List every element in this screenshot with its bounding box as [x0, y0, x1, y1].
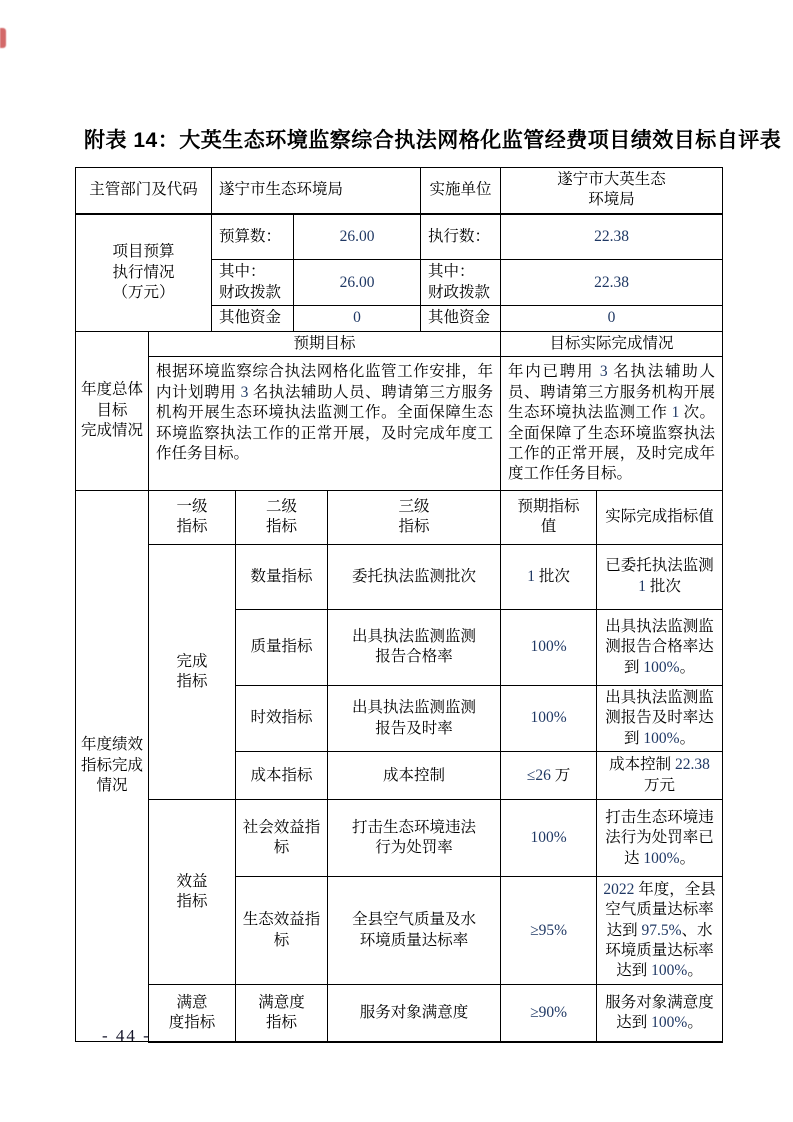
- indicator-level2: 成本指标: [236, 752, 328, 800]
- indicator-level2: 社会效益指 标: [236, 800, 328, 877]
- indicator-level3: 出具执法监测监测 报告合格率: [328, 609, 501, 685]
- expected-goal-text: 根据环境监察综合执法网格化监管工作安排，年内计划聘用 3 名执法辅助人员、聘请第…: [149, 357, 501, 491]
- indicator-actual: 成本控制 22.38 万元: [597, 752, 723, 800]
- dept-code-value: 遂宁市生态环境局: [212, 168, 421, 214]
- annual-goal-section-label: 年度总体 目标 完成情况: [76, 331, 149, 490]
- indicator-level2: 质量指标: [236, 609, 328, 685]
- indicator-actual: 打击生态环境违法行为处罚率已达 100%。: [597, 800, 723, 877]
- table-row: 完成 指标 数量指标 委托执法监测批次 1 批次 已委托执法监测 1 批次: [76, 544, 723, 609]
- group-benefit-label: 效益 指标: [149, 800, 236, 985]
- fiscal-funds-label-right: 其中： 财政拨款: [421, 260, 501, 306]
- other-funds-value-right: 0: [501, 306, 723, 331]
- indicator-level2: 数量指标: [236, 544, 328, 609]
- table-row: 年度总体 目标 完成情况 预期目标 目标实际完成情况: [76, 331, 723, 356]
- indicator-level3: 出具执法监测监测 报告及时率: [328, 685, 501, 751]
- indicator-level3: 服务对象满意度: [328, 985, 501, 1042]
- dept-code-label: 主管部门及代码: [76, 168, 212, 214]
- level2-header: 二级 指标: [236, 490, 328, 544]
- table-row: 项目预算 执行情况 （万元） 预算数： 26.00 执行数： 22.38: [76, 214, 723, 260]
- table-row: 年度绩效 指标完成 情况 一级 指标 二级 指标 三级 指标 预期指标 值 实际…: [76, 490, 723, 544]
- budget-amount-label: 预算数：: [212, 214, 294, 260]
- indicator-level2: 时效指标: [236, 685, 328, 751]
- indicator-actual: 出具执法监测监测报告及时率达到 100%。: [597, 685, 723, 751]
- indicator-expected: ≥90%: [501, 985, 597, 1042]
- budget-amount-value: 26.00: [294, 214, 421, 260]
- group-satisfaction-label: 满意 度指标: [149, 985, 236, 1042]
- indicator-level2: 生态效益指 标: [236, 877, 328, 985]
- fiscal-funds-label-left: 其中： 财政拨款: [212, 260, 294, 306]
- actual-goal-text: 年内已聘用 3 名执法辅助人员、聘请第三方服务机构开展生态环境执法监测工作 1 …: [501, 357, 723, 491]
- expected-value-header: 预期指标 值: [501, 490, 597, 544]
- actual-goal-header: 目标实际完成情况: [501, 331, 723, 356]
- other-funds-label-left: 其他资金: [212, 306, 294, 331]
- indicator-expected: 100%: [501, 685, 597, 751]
- indicator-section-label: 年度绩效 指标完成 情况: [76, 490, 149, 1041]
- indicator-expected: ≥95%: [501, 877, 597, 985]
- document-title: 附表 14：大英生态环境监察综合执法网格化监管经费项目绩效目标自评表: [84, 124, 724, 154]
- indicator-level3: 委托执法监测批次: [328, 544, 501, 609]
- budget-section-label: 项目预算 执行情况 （万元）: [76, 214, 212, 331]
- exec-amount-value: 22.38: [501, 214, 723, 260]
- actual-value-header: 实际完成指标值: [597, 490, 723, 544]
- indicator-expected: 100%: [501, 800, 597, 877]
- table-row: 主管部门及代码 遂宁市生态环境局 实施单位 遂宁市大英生态 环境局: [76, 168, 723, 214]
- group-completion-label: 完成 指标: [149, 544, 236, 799]
- indicator-level3: 全县空气质量及水 环境质量达标率: [328, 877, 501, 985]
- impl-unit-label: 实施单位: [421, 168, 501, 214]
- table-row: 效益 指标 社会效益指 标 打击生态环境违法 行为处罚率 100% 打击生态环境…: [76, 800, 723, 877]
- page-number: - 44 -: [102, 1026, 151, 1046]
- indicator-expected: 100%: [501, 609, 597, 685]
- indicator-level3: 打击生态环境违法 行为处罚率: [328, 800, 501, 877]
- other-funds-value-left: 0: [294, 306, 421, 331]
- table-row: 根据环境监察综合执法网格化监管工作安排，年内计划聘用 3 名执法辅助人员、聘请第…: [76, 357, 723, 491]
- table-row: 满意 度指标 满意度 指标 服务对象满意度 ≥90% 服务对象满意度达到 100…: [76, 985, 723, 1042]
- other-funds-label-right: 其他资金: [421, 306, 501, 331]
- indicator-actual: 2022 年度，全县空气质量达标率达到 97.5%、水环境质量达标率达到 100…: [597, 877, 723, 985]
- expected-goal-header: 预期目标: [149, 331, 501, 356]
- indicator-actual: 服务对象满意度达到 100%。: [597, 985, 723, 1042]
- indicator-actual: 出具执法监测监测报告合格率达到 100%。: [597, 609, 723, 685]
- impl-unit-value: 遂宁市大英生态 环境局: [501, 168, 723, 214]
- level3-header: 三级 指标: [328, 490, 501, 544]
- indicator-level2: 满意度 指标: [236, 985, 328, 1042]
- indicator-expected: ≤26 万: [501, 752, 597, 800]
- exec-amount-label: 执行数：: [421, 214, 501, 260]
- indicator-level3: 成本控制: [328, 752, 501, 800]
- fiscal-funds-value-left: 26.00: [294, 260, 421, 306]
- document-page: 附表 14：大英生态环境监察综合执法网格化监管经费项目绩效目标自评表 主管部门及…: [0, 0, 793, 1122]
- fiscal-funds-value-right: 22.38: [501, 260, 723, 306]
- indicator-expected: 1 批次: [501, 544, 597, 609]
- level1-header: 一级 指标: [149, 490, 236, 544]
- indicator-actual: 已委托执法监测 1 批次: [597, 544, 723, 609]
- self-evaluation-table: 主管部门及代码 遂宁市生态环境局 实施单位 遂宁市大英生态 环境局 项目预算 执…: [75, 167, 723, 1043]
- scan-artifact-mark: [0, 28, 6, 48]
